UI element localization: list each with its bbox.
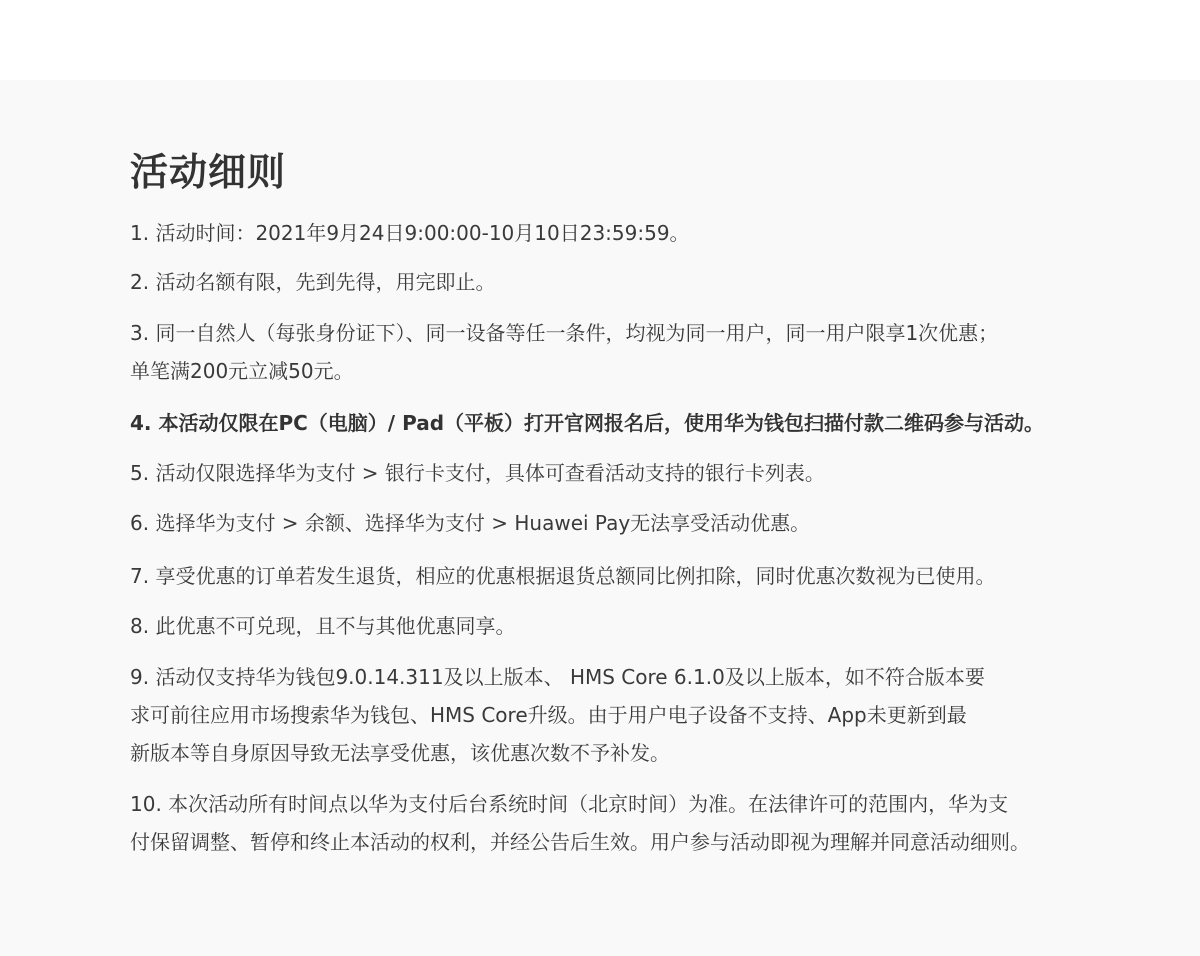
rule-item-10: 10. 本次活动所有时间点以华为支付后台系统时间（北京时间）为准。在法律许可的范… xyxy=(130,785,1090,861)
rule-line: 6. 选择华为支付 > 余额、选择华为支付 > Huawei Pay无法享受活动… xyxy=(130,504,1090,542)
top-band xyxy=(0,0,1200,80)
rule-item-8: 8. 此优惠不可兑现，且不与其他优惠同享。 xyxy=(130,607,1090,645)
rule-item-9: 9. 活动仅支持华为钱包9.0.14.311及以上版本、 HMS Core 6.… xyxy=(130,658,1090,772)
rule-line: 付保留调整、暂停和终止本活动的权利，并经公告后生效。用户参与活动即视为理解并同意… xyxy=(130,823,1090,861)
rule-line: 4. 本活动仅限在PC（电脑）/ Pad（平板）打开官网报名后，使用华为钱包扫描… xyxy=(130,404,1090,442)
rule-line: 新版本等自身原因导致无法享受优惠，该优惠次数不予补发。 xyxy=(130,734,1090,772)
rule-line: 求可前往应用市场搜索华为钱包、HMS Core升级。由于用户电子设备不支持、Ap… xyxy=(130,696,1090,734)
rule-line: 3. 同一自然人（每张身份证下）、同一设备等任一条件，均视为同一用户，同一用户限… xyxy=(130,314,1090,352)
rule-line: 10. 本次活动所有时间点以华为支付后台系统时间（北京时间）为准。在法律许可的范… xyxy=(130,785,1090,823)
rule-item-4: 4. 本活动仅限在PC（电脑）/ Pad（平板）打开官网报名后，使用华为钱包扫描… xyxy=(130,404,1090,442)
rule-item-1: 1. 活动时间：2021年9月24日9:00:00-10月10日23:59:59… xyxy=(130,214,1090,252)
rule-item-2: 2. 活动名额有限，先到先得，用完即止。 xyxy=(130,263,1090,301)
rule-item-7: 7. 享受优惠的订单若发生退货，相应的优惠根据退货总额同比例扣除，同时优惠次数视… xyxy=(130,557,1090,595)
rule-line: 7. 享受优惠的订单若发生退货，相应的优惠根据退货总额同比例扣除，同时优惠次数视… xyxy=(130,557,1090,595)
rule-line: 8. 此优惠不可兑现，且不与其他优惠同享。 xyxy=(130,607,1090,645)
rule-line: 1. 活动时间：2021年9月24日9:00:00-10月10日23:59:59… xyxy=(130,214,1090,252)
rule-item-5: 5. 活动仅限选择华为支付 > 银行卡支付，具体可查看活动支持的银行卡列表。 xyxy=(130,454,1090,492)
rule-line: 单笔满200元立减50元。 xyxy=(130,352,1090,390)
rule-line: 5. 活动仅限选择华为支付 > 银行卡支付，具体可查看活动支持的银行卡列表。 xyxy=(130,454,1090,492)
rule-line: 9. 活动仅支持华为钱包9.0.14.311及以上版本、 HMS Core 6.… xyxy=(130,658,1090,696)
rule-item-6: 6. 选择华为支付 > 余额、选择华为支付 > Huawei Pay无法享受活动… xyxy=(130,504,1090,542)
rules-title: 活动细则 xyxy=(130,148,286,196)
rule-line: 2. 活动名额有限，先到先得，用完即止。 xyxy=(130,263,1090,301)
rule-item-3: 3. 同一自然人（每张身份证下）、同一设备等任一条件，均视为同一用户，同一用户限… xyxy=(130,314,1090,390)
